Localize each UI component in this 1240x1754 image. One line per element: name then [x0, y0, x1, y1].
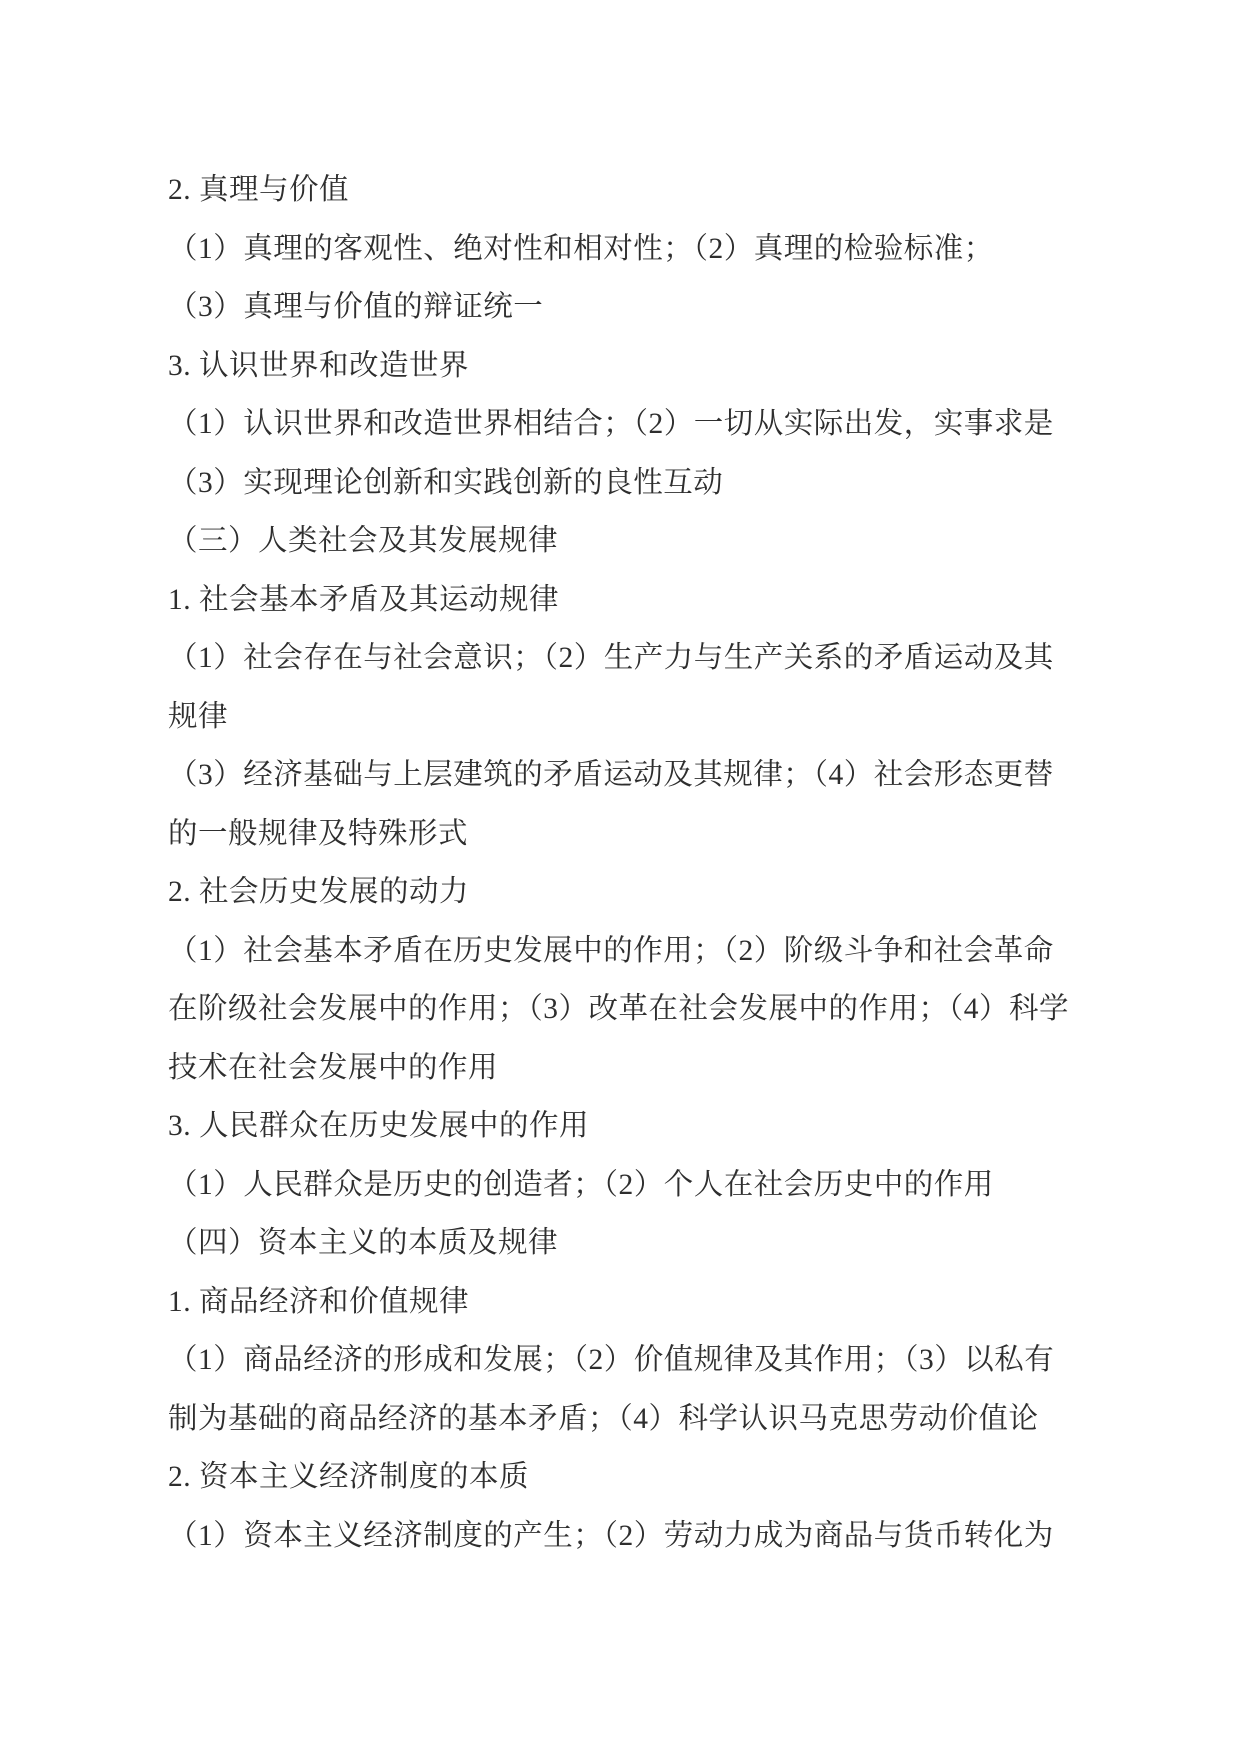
text-line: 规律 [168, 685, 1078, 744]
text-line: （三）人类社会及其发展规律 [168, 509, 1078, 568]
text-line: （四）资本主义的本质及规律 [168, 1211, 1078, 1270]
text-line: （3）实现理论创新和实践创新的良性互动 [168, 451, 1078, 510]
document-page: 2. 真理与价值（1）真理的客观性、绝对性和相对性；（2）真理的检验标准；（3）… [0, 0, 1240, 1754]
text-line: （1）社会存在与社会意识；（2）生产力与生产关系的矛盾运动及其 [168, 626, 1078, 685]
text-line: （3）真理与价值的辩证统一 [168, 275, 1078, 334]
text-line: 2. 社会历史发展的动力 [168, 860, 1078, 919]
text-line: （1）人民群众是历史的创造者；（2）个人在社会历史中的作用 [168, 1153, 1078, 1212]
text-line: 制为基础的商品经济的基本矛盾；（4）科学认识马克思劳动价值论 [168, 1387, 1078, 1446]
text-line: 的一般规律及特殊形式 [168, 802, 1078, 861]
text-line: （1）商品经济的形成和发展；（2）价值规律及其作用；（3）以私有 [168, 1328, 1078, 1387]
text-line: 3. 认识世界和改造世界 [168, 334, 1078, 393]
text-line: 技术在社会发展中的作用 [168, 1036, 1078, 1095]
text-line: 1. 商品经济和价值规律 [168, 1270, 1078, 1329]
text-line: （3）经济基础与上层建筑的矛盾运动及其规律；（4）社会形态更替 [168, 743, 1078, 802]
text-line: 1. 社会基本矛盾及其运动规律 [168, 568, 1078, 627]
text-line: （1）资本主义经济制度的产生；（2）劳动力成为商品与货币转化为 [168, 1504, 1078, 1563]
text-line: 2. 真理与价值 [168, 158, 1078, 217]
text-line: 在阶级社会发展中的作用；（3）改革在社会发展中的作用；（4）科学 [168, 977, 1078, 1036]
text-line: 3. 人民群众在历史发展中的作用 [168, 1094, 1078, 1153]
text-line: （1）真理的客观性、绝对性和相对性；（2）真理的检验标准； [168, 217, 1078, 276]
text-line: （1）社会基本矛盾在历史发展中的作用；（2）阶级斗争和社会革命 [168, 919, 1078, 978]
text-line: （1）认识世界和改造世界相结合；（2）一切从实际出发，实事求是 [168, 392, 1078, 451]
text-line: 2. 资本主义经济制度的本质 [168, 1445, 1078, 1504]
document-text-body: 2. 真理与价值（1）真理的客观性、绝对性和相对性；（2）真理的检验标准；（3）… [168, 158, 1078, 1562]
